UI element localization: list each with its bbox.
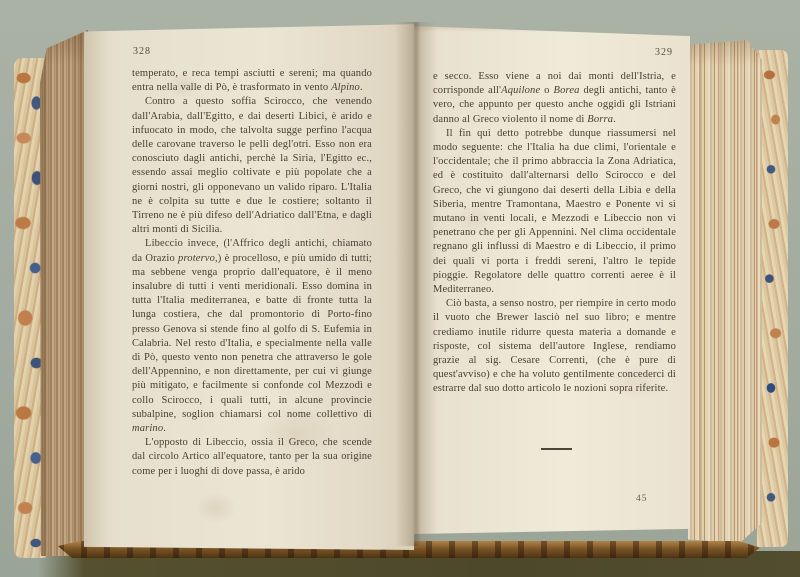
right-page-text: e secco. Esso viene a noi dai monti dell… bbox=[433, 70, 676, 397]
left-page-block-edge bbox=[40, 30, 88, 556]
paragraph: L'opposto di Libeccio, ossia il Greco, c… bbox=[132, 436, 372, 479]
paragraph: Libeccio invece, (l'Affrico degli antich… bbox=[132, 237, 372, 436]
left-page-number: 328 bbox=[133, 46, 151, 57]
paragraph: temperato, e reca tempi asciutti e seren… bbox=[132, 67, 372, 95]
left-page-text: temperato, e reca tempi asciutti e seren… bbox=[132, 67, 372, 479]
paragraph: Contro a questo soffia Scirocco, che ven… bbox=[132, 95, 372, 237]
right-page: 329 e secco. Esso viene a noi dai monti … bbox=[414, 26, 690, 534]
right-page-number: 329 bbox=[655, 47, 673, 58]
left-page: 328 temperato, e reca tempi asciutti e s… bbox=[84, 22, 414, 550]
gutter-shadow bbox=[395, 22, 437, 546]
section-end-rule bbox=[541, 448, 572, 450]
right-page-block-edge bbox=[688, 40, 762, 543]
paragraph: Ciò basta, a senso nostro, per riempire … bbox=[433, 297, 676, 396]
paragraph: Il fin qui detto potrebbe dunque riassum… bbox=[433, 127, 676, 297]
open-book-photo: 328 temperato, e reca tempi asciutti e s… bbox=[0, 0, 800, 577]
paragraph: e secco. Esso viene a noi dai monti dell… bbox=[433, 70, 676, 127]
signature-mark: 45 bbox=[636, 494, 648, 504]
